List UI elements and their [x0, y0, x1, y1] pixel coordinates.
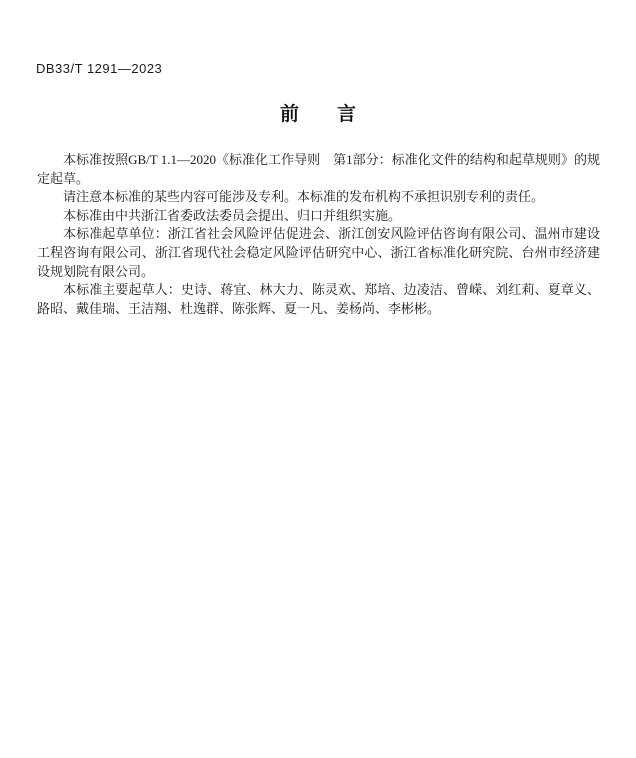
- foreword-title: 前 言: [0, 99, 636, 126]
- paragraph-drafting-organizations: 本标准起草单位：浙江省社会风险评估促进会、浙江创安风险评估咨询有限公司、温州市建…: [37, 225, 600, 281]
- paragraph-main-drafters: 本标准主要起草人：史诗、蒋宜、林大力、陈灵欢、郑培、边凌洁、曾嵘、刘红莉、夏章义…: [37, 281, 600, 318]
- paragraph-patent-notice: 请注意本标准的某些内容可能涉及专利。本标准的发布机构不承担识别专利的责任。: [37, 188, 600, 207]
- paragraph-drafting-rules: 本标准按照GB/T 1.1—2020《标准化工作导则 第1部分：标准化文件的结构…: [37, 151, 600, 188]
- standard-number: DB33/T 1291—2023: [36, 61, 162, 76]
- document-page: DB33/T 1291—2023 前 言 本标准按照GB/T 1.1—2020《…: [0, 0, 636, 758]
- foreword-body: 本标准按照GB/T 1.1—2020《标准化工作导则 第1部分：标准化文件的结构…: [37, 151, 600, 318]
- paragraph-issuing-body: 本标准由中共浙江省委政法委员会提出、归口并组织实施。: [37, 207, 600, 226]
